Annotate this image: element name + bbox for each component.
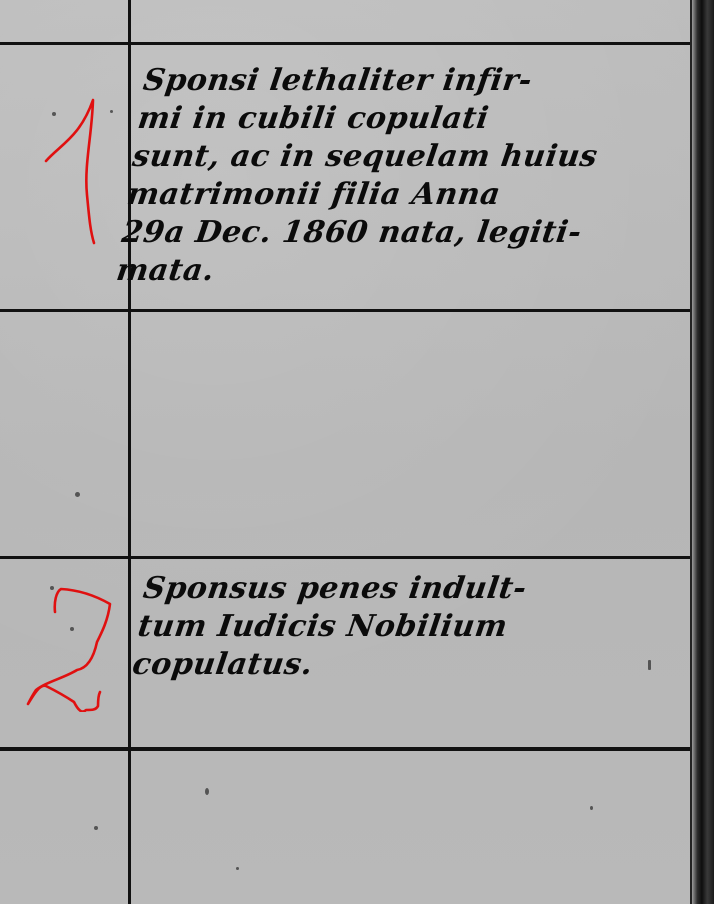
paper-speck <box>236 867 239 870</box>
right-margin-line <box>690 0 692 904</box>
entry-1-line-6: mata. <box>114 252 584 290</box>
row-rule-2 <box>0 309 694 312</box>
entry-1-line-1: Sponsi lethaliter infir- <box>141 62 611 100</box>
entry-2-line-3: copulatus. <box>130 646 518 684</box>
entry-1-line-4: matrimonii filia Anna <box>125 176 595 214</box>
entry-2-line-1: Sponsus penes indult- <box>141 570 529 608</box>
entry-1-line-5: 29a Dec. 1860 nata, legiti- <box>119 214 589 252</box>
row-rule-4 <box>0 747 700 751</box>
row-rule-1 <box>0 42 694 45</box>
entry-2-line-2: tum Iudicis Nobilium <box>135 608 523 646</box>
entry-2-text: Sponsus penes indult- tum Iudicis Nobili… <box>130 570 529 684</box>
entry-1-line-2: mi in cubili copulati <box>135 100 605 138</box>
entry-1-line-3: sunt, ac in sequelam huius <box>130 138 600 176</box>
page-binding-edge <box>692 0 714 904</box>
paper-speck <box>75 492 80 497</box>
red-annotation-number-1: 1 <box>40 95 100 245</box>
paper-speck <box>94 826 98 830</box>
red-annotation-number-2: 2 <box>24 582 114 712</box>
paper-speck <box>590 806 593 810</box>
entry-1-text: Sponsi lethaliter infir- mi in cubili co… <box>114 62 611 290</box>
row-rule-3 <box>0 556 694 559</box>
column-divider <box>128 0 131 904</box>
paper-speck <box>110 110 113 113</box>
register-page: Sponsi lethaliter infir- mi in cubili co… <box>0 0 714 904</box>
paper-speck <box>648 660 651 670</box>
paper-speck <box>205 788 209 795</box>
